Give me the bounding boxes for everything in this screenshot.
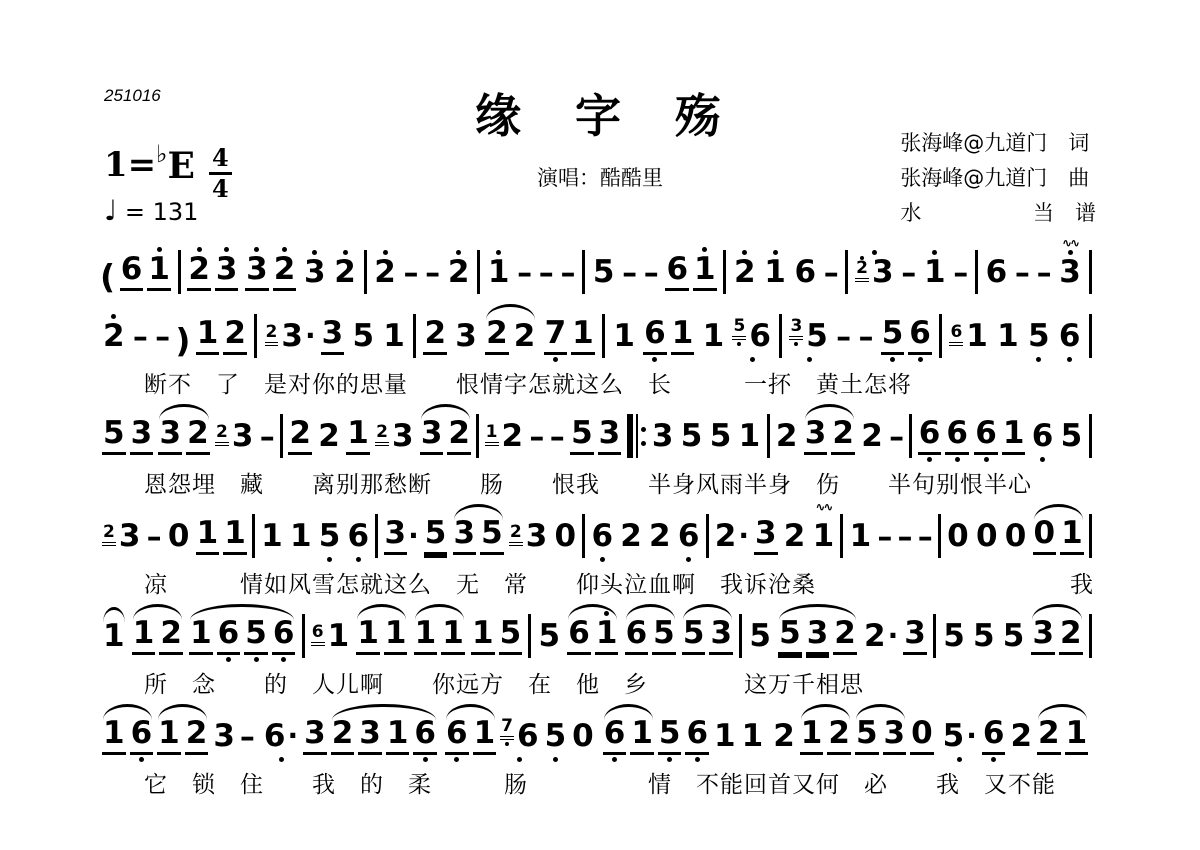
- note-body: 5: [658, 718, 682, 755]
- note-digit: 6: [974, 418, 998, 455]
- note-body: 5: [682, 618, 706, 655]
- credits-block: 张海峰@九道门 词张海峰@九道门 曲水 当 谱: [900, 126, 1096, 231]
- note: 6: [918, 409, 942, 464]
- note: 1: [441, 609, 465, 664]
- thin-bar: [636, 414, 638, 458]
- slur-group: 21: [1035, 709, 1090, 764]
- note: 6: [590, 512, 614, 564]
- dot: [454, 757, 459, 762]
- note: 0: [1033, 509, 1057, 564]
- note-digit: 0: [571, 721, 595, 755]
- note-body: 5: [544, 721, 568, 755]
- note-group: 1: [344, 409, 372, 464]
- note-digit: 1: [571, 318, 595, 355]
- note-group: 5: [678, 412, 706, 464]
- note: 1: [571, 309, 595, 364]
- note: 1: [189, 609, 213, 664]
- note-digit: 0: [553, 521, 577, 555]
- note: 1: [384, 609, 408, 664]
- note-body: 6: [272, 618, 296, 655]
- note-digit: 1: [996, 321, 1020, 355]
- barline: [1089, 250, 1092, 294]
- dot: [356, 557, 361, 562]
- note-body: 2: [273, 254, 297, 291]
- dot: [957, 757, 962, 762]
- note-digit: 1: [738, 421, 762, 455]
- note: 5: [499, 609, 523, 664]
- note-digit: 6: [603, 718, 627, 755]
- note: 2: [513, 312, 537, 364]
- note-digit: 5: [480, 518, 504, 555]
- barline: [528, 614, 531, 658]
- lyrics-text: 断不 了 是对你的思量 恨情字怎就这么 长 一抔 黄土怎将: [144, 366, 912, 399]
- tempo-value: = 131: [125, 198, 199, 226]
- octave-dot-below: [517, 755, 522, 764]
- note-digit: 5: [942, 621, 966, 655]
- note-digit: 1: [157, 718, 181, 755]
- barline: [933, 614, 936, 658]
- note: 6: [665, 245, 689, 300]
- note-body: 12: [485, 421, 524, 455]
- note-digit: 6: [748, 321, 772, 355]
- grace-digit: 2: [102, 524, 116, 546]
- note-body: 6: [908, 318, 932, 355]
- note-digit: 6: [1058, 321, 1082, 355]
- note-body: 2·: [863, 621, 899, 655]
- note: 5: [1027, 312, 1051, 364]
- duration-dash: –: [901, 259, 916, 300]
- note: 3: [1031, 609, 1055, 664]
- note-digit: 1: [741, 721, 765, 755]
- note-body: 35: [789, 321, 828, 355]
- note-digit: 2: [1009, 721, 1033, 755]
- note-digit: 5: [244, 618, 268, 655]
- note: 3: [212, 712, 236, 764]
- note-group: 5: [535, 612, 563, 664]
- octave-dot-below: [984, 455, 989, 464]
- note: 5: [748, 612, 772, 664]
- note-body: 1: [713, 721, 737, 755]
- note-group: 3: [452, 312, 480, 364]
- note-group: 53: [568, 409, 623, 464]
- barline: [939, 314, 942, 358]
- note-digit: 0: [1033, 518, 1057, 555]
- slur-group: 532: [776, 609, 859, 664]
- note-body: 6: [643, 318, 667, 355]
- dot: [1036, 357, 1041, 362]
- note-group: 5: [970, 612, 998, 664]
- duration-dash: –: [858, 323, 873, 364]
- barline: [254, 314, 257, 358]
- octave-dot-below: [695, 755, 700, 764]
- duration-dash: –: [155, 323, 170, 364]
- note: 6: [908, 309, 932, 364]
- note-body: 1: [612, 321, 636, 355]
- note: 0: [571, 712, 595, 764]
- grace-digit: 2: [855, 260, 869, 282]
- note-digit: 1: [356, 618, 380, 655]
- note-digit: 6: [685, 718, 709, 755]
- grace-digit: 2: [375, 424, 389, 446]
- note-body: 2: [860, 421, 884, 455]
- slur-group: 32: [156, 409, 211, 464]
- note-digit: 5: [570, 418, 594, 455]
- lyrics-text: 它 锁 住 我 的 柔 肠 情 不能回首又何 必 我 又不能: [144, 766, 1056, 799]
- octave-dot-above: [604, 609, 609, 618]
- note-digit: 2: [223, 318, 247, 355]
- note-body: 1: [132, 618, 156, 655]
- note-digit: 2: [733, 257, 757, 291]
- note-body: 2: [159, 618, 183, 655]
- note-digit: 6: [665, 254, 689, 291]
- note-digit: 2: [373, 257, 397, 291]
- note-body: 2: [333, 257, 357, 291]
- note: 2: [447, 248, 471, 300]
- barline: [252, 514, 255, 558]
- slur-group: 61: [565, 609, 620, 664]
- note-digit: 6: [908, 318, 932, 355]
- note-digit: 6: [985, 257, 1009, 291]
- dot: [279, 757, 284, 762]
- note-group: 6: [792, 248, 820, 300]
- duration-dash: –: [133, 323, 148, 364]
- note-body: 2: [288, 418, 312, 455]
- note-body: 1: [738, 421, 762, 455]
- note-group: 5: [707, 412, 735, 464]
- note: 1: [671, 309, 695, 364]
- note: 5·: [942, 712, 978, 764]
- note-group: 61: [641, 309, 696, 364]
- duration-dash: –: [824, 259, 839, 300]
- note-body: 5: [499, 618, 523, 655]
- note: 5: [658, 709, 682, 764]
- note-digit: 2: [423, 318, 447, 355]
- note-body: 1: [595, 618, 619, 655]
- note-digit: 3: [420, 418, 444, 455]
- note-digit: 3: [215, 254, 239, 291]
- note-group: 2: [1007, 712, 1035, 764]
- note-body: 3: [454, 321, 478, 355]
- barline: [178, 250, 181, 294]
- note-body: 3: [806, 618, 830, 655]
- note-group: 1: [485, 248, 513, 300]
- note-body: 1: [487, 257, 511, 291]
- note-digit: 5: [972, 621, 996, 655]
- note-digit: 1: [487, 257, 511, 291]
- dot: [991, 757, 996, 762]
- note: 5: [244, 609, 268, 664]
- note-digit: 3: [598, 418, 622, 455]
- note-body: 2: [775, 421, 799, 455]
- note-digit: 5: [652, 618, 676, 655]
- note-group: 1: [711, 712, 739, 764]
- note-digit: 1: [702, 321, 726, 355]
- grace-digit: 2: [265, 324, 279, 346]
- note: 2·: [863, 612, 899, 664]
- note: 12: [485, 412, 524, 464]
- note-group: 2: [371, 248, 399, 300]
- note-digit: 2: [288, 418, 312, 455]
- note-digit: 5: [424, 518, 448, 555]
- grace-note: 7: [500, 718, 514, 746]
- dot: [807, 357, 812, 362]
- slur-group: 61: [601, 709, 656, 764]
- note-digit: 3: [321, 318, 345, 355]
- grace-note: 2: [509, 524, 523, 546]
- note-group: 56: [730, 312, 773, 364]
- note: 1: [713, 712, 737, 764]
- note: 5: [778, 609, 802, 664]
- note-digit: 2: [317, 421, 341, 455]
- note: 1: [102, 612, 126, 664]
- note-body: 1: [1002, 418, 1026, 455]
- note-body: 3: [651, 421, 675, 455]
- note-digit: 6: [643, 318, 667, 355]
- duration-dash: –: [425, 259, 440, 300]
- grace-digit: 3: [789, 318, 803, 340]
- note-digit: 2: [863, 621, 887, 655]
- note: 1: [849, 512, 873, 564]
- note-group: 1: [994, 312, 1022, 364]
- note-body: 2: [373, 257, 397, 291]
- note-body: 3: [215, 254, 239, 291]
- note-body: 6: [567, 618, 591, 655]
- note-digit: 3: [303, 718, 327, 755]
- credit-composer: 张海峰@九道门 曲: [900, 166, 1089, 190]
- barline: [582, 514, 585, 558]
- octave-dot-below: [226, 655, 231, 664]
- note-digit: 1: [1002, 418, 1026, 455]
- note-digit: 2: [831, 418, 855, 455]
- note: 1: [471, 609, 495, 664]
- grace-note: 2: [375, 424, 389, 446]
- note: 1: [132, 609, 156, 664]
- octave-dot-below: [807, 355, 812, 364]
- note-group: 5: [940, 612, 968, 664]
- note-digit: 1: [923, 257, 947, 291]
- slur-group: 53: [853, 709, 908, 764]
- duration-dash: –: [889, 423, 904, 464]
- note-group: 5·6: [940, 709, 1008, 764]
- note-group: 23·3: [263, 309, 347, 364]
- note-group: 2: [315, 412, 343, 464]
- note-digit: 1: [147, 254, 171, 291]
- duration-dash: –: [622, 259, 637, 300]
- grace-note: 5: [732, 318, 746, 346]
- note-digit: 2: [1059, 618, 1083, 655]
- grace-note: 2: [215, 424, 229, 446]
- note: 1: [741, 712, 765, 764]
- score-area: (612332322––21–––5––61216–23–1–6––∿∿3 2–…: [100, 238, 1094, 802]
- slur-group: 1656: [187, 609, 297, 664]
- note-body: 1: [800, 718, 824, 755]
- note-body: 1: [102, 621, 126, 655]
- octave-dot-below: [957, 755, 962, 764]
- note-group: 2: [858, 412, 886, 464]
- note-group: 53: [100, 409, 155, 464]
- note: 3: [245, 245, 269, 300]
- note-body: 6: [677, 521, 701, 555]
- note-body: 5: [1002, 621, 1026, 655]
- note: 2: [373, 248, 397, 300]
- note-body: 2: [1037, 718, 1061, 755]
- note-body: 6: [918, 418, 942, 455]
- note-digit: 0: [975, 521, 999, 555]
- dot: [686, 557, 691, 562]
- duration-dash: –: [529, 423, 544, 464]
- note-group: 3: [301, 248, 329, 300]
- note-group: 61: [309, 612, 352, 664]
- note-group: 2: [100, 312, 128, 364]
- note: 61: [949, 312, 988, 364]
- mordent-icon: ∿∿: [1062, 237, 1078, 248]
- note-group: 0: [1002, 512, 1030, 564]
- parenthesis: (: [100, 260, 115, 300]
- note-group: 2·3: [861, 609, 929, 664]
- note-digit: 6: [516, 721, 540, 755]
- note-group: 0: [973, 512, 1001, 564]
- note-group: 3: [649, 412, 677, 464]
- note-body: 1: [189, 618, 213, 655]
- flat-sign-icon: ♭: [156, 142, 167, 166]
- note-body: 61: [311, 621, 350, 655]
- note: 6: [643, 309, 667, 364]
- note: 6: [567, 609, 591, 664]
- note-body: 1: [157, 718, 181, 755]
- note: 2: [783, 512, 807, 564]
- note-digit: 1: [384, 618, 408, 655]
- note-body: 5: [881, 318, 905, 355]
- lyrics-line-1: 断不 了 是对你的思量 恨情字怎就这么 长 一抔 黄土怎将: [100, 366, 1094, 402]
- note-group: 12: [483, 412, 526, 464]
- time-signature: 4 4: [209, 146, 232, 201]
- music-line-3: 533223–221233212––5335512322–666165: [100, 402, 1094, 464]
- note-digit: 3: [384, 518, 408, 555]
- note-body: 6: [413, 718, 437, 755]
- note-group: 23: [507, 512, 550, 564]
- grace-digit: 6: [949, 324, 963, 346]
- note-body: 6: [130, 718, 154, 755]
- note: 0: [975, 512, 999, 564]
- slur-group: 22: [483, 309, 538, 364]
- dot: [890, 357, 895, 362]
- note-digit: 6: [982, 718, 1006, 755]
- note-body: 2: [733, 257, 757, 291]
- note: 5: [1002, 612, 1026, 664]
- note-digit: 7: [544, 318, 568, 355]
- dot: [652, 357, 657, 362]
- note-digit: 2: [447, 257, 471, 291]
- note-body: 3: [883, 718, 907, 755]
- note: 5: [1060, 412, 1084, 464]
- dot: [984, 457, 989, 462]
- slur-group: 1: [100, 612, 128, 664]
- note: 2: [831, 409, 855, 464]
- duration-dash: –: [260, 423, 275, 464]
- note-group: 71: [542, 309, 597, 364]
- duration-dash: –: [877, 523, 892, 564]
- note: 23: [375, 412, 414, 464]
- note-body: 6: [974, 418, 998, 455]
- note-group: 1: [610, 312, 638, 364]
- note-digit: 2: [619, 521, 643, 555]
- note: 2: [187, 245, 211, 300]
- note: 3: [903, 609, 927, 664]
- note: 2: [185, 709, 209, 764]
- note-group: 76: [498, 712, 541, 764]
- dot: [641, 427, 646, 432]
- slur-group: 12: [155, 709, 210, 764]
- note-group: 1: [761, 248, 789, 300]
- note-group: 5: [1025, 312, 1053, 364]
- note-body: 5: [709, 421, 733, 455]
- note-digit: 1: [800, 718, 824, 755]
- note-digit: 1: [849, 521, 873, 555]
- note-group: 23: [853, 248, 896, 300]
- note-digit: 6: [590, 521, 614, 555]
- note-group: 0: [551, 512, 579, 564]
- note-body: 1: [196, 518, 220, 555]
- note: 2: [159, 609, 183, 664]
- octave-dot-below: [139, 755, 144, 764]
- duration-dash: –: [953, 259, 968, 300]
- note: ∿∿1: [812, 501, 836, 564]
- note: 5: [881, 309, 905, 364]
- note: 61: [311, 612, 350, 664]
- note-digit: 5: [102, 418, 126, 455]
- note: 23·: [265, 312, 317, 364]
- note-body: 6: [985, 257, 1009, 291]
- note: 6: [945, 409, 969, 464]
- note-digit: 3: [651, 421, 675, 455]
- note-group: 5: [590, 248, 618, 300]
- tempo-marking: ♩ = 131: [104, 194, 198, 227]
- note-group: 6·3: [261, 709, 329, 764]
- note-group: 61: [947, 312, 990, 364]
- note-body: 3: [1058, 257, 1082, 291]
- note-body: 2: [783, 521, 807, 555]
- barline: [413, 314, 416, 358]
- note-digit: 3: [358, 718, 382, 755]
- parenthesis: ): [175, 324, 190, 364]
- note: 2: [485, 309, 509, 364]
- note-body: 3: [598, 418, 622, 455]
- note: 7: [544, 309, 568, 364]
- note-body: 1: [102, 718, 126, 755]
- duration-dash: –: [898, 523, 913, 564]
- note: 23: [102, 512, 141, 564]
- note: 56: [732, 312, 771, 364]
- note-body: 1: [386, 718, 410, 755]
- augmentation-dot: ·: [738, 522, 749, 555]
- note-digit: 1: [612, 321, 636, 355]
- note-group: 1: [739, 712, 767, 764]
- dot: [737, 342, 741, 346]
- note-digit: 5: [1060, 421, 1084, 455]
- note-group: 0: [569, 712, 597, 764]
- note: 1: [157, 709, 181, 764]
- note-digit: 6: [567, 618, 591, 655]
- note: 6: [413, 709, 437, 764]
- dot: [667, 757, 672, 762]
- note-digit: 3: [709, 618, 733, 655]
- note-group: 32: [243, 245, 298, 300]
- note-body: 1: [223, 518, 247, 555]
- barline: [909, 414, 912, 458]
- octave-dot-below: [955, 455, 960, 464]
- slur-group: 53: [680, 609, 735, 664]
- note-body: 2: [187, 254, 211, 291]
